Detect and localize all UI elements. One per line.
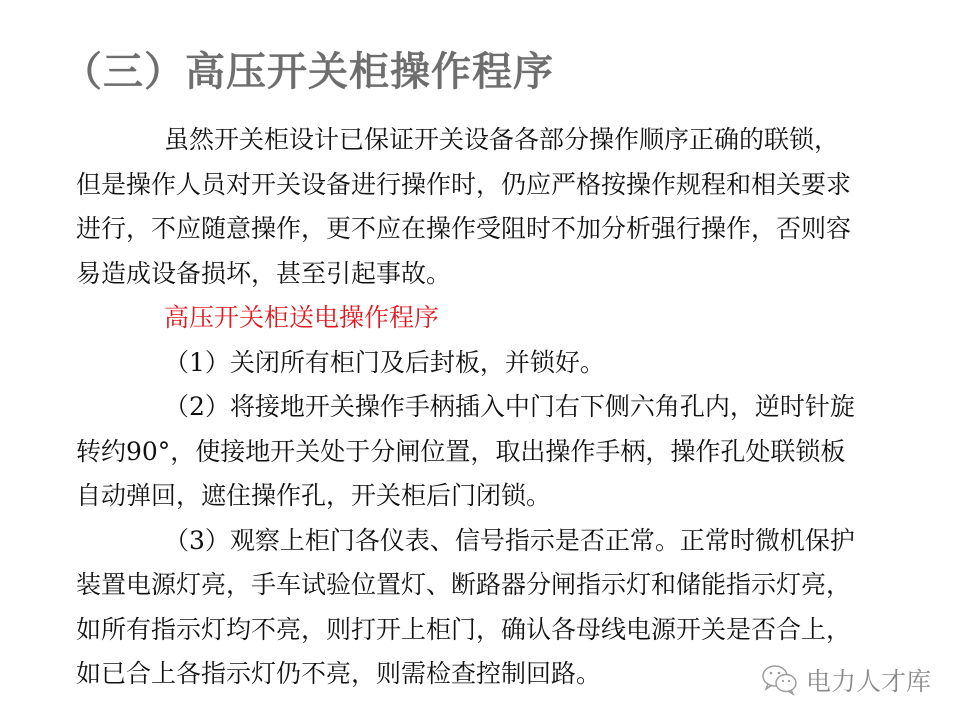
watermark: 电力人才库 xyxy=(760,662,931,698)
step-1: （1）关闭所有柜门及后封板，并锁好。 xyxy=(76,341,916,386)
step-line: 转约90°，使接地开关处于分闸位置，取出操作手柄，操作孔处联锁板 xyxy=(76,430,916,475)
intro-line: 进行，不应随意操作，更不应在操作受阻时不加分析强行操作，否则容 xyxy=(76,207,916,252)
step-2: （2）将接地开关操作手柄插入中门右下侧六角孔内，逆时针旋 转约90°，使接地开关… xyxy=(76,385,916,519)
wechat-icon xyxy=(760,663,800,697)
step-line: （1）关闭所有柜门及后封板，并锁好。 xyxy=(76,341,916,386)
subheading: 高压开关柜送电操作程序 xyxy=(76,296,916,341)
step-line: （2）将接地开关操作手柄插入中门右下侧六角孔内，逆时针旋 xyxy=(76,385,916,430)
step-line: （3）观察上柜门各仪表、信号指示是否正常。正常时微机保护 xyxy=(76,519,916,564)
intro-line: 易造成设备损坏，甚至引起事故。 xyxy=(76,252,916,297)
intro-line: 虽然开关柜设计已保证开关设备各部分操作顺序正确的联锁， xyxy=(76,118,916,163)
intro-line: 但是操作人员对开关设备进行操作时，仍应严格按操作规程和相关要求 xyxy=(76,163,916,208)
slide-body: 虽然开关柜设计已保证开关设备各部分操作顺序正确的联锁， 但是操作人员对开关设备进… xyxy=(76,118,916,697)
step-line: 装置电源灯亮，手车试验位置灯、断路器分闸指示灯和储能指示灯亮， xyxy=(76,563,916,608)
step-line: 自动弹回，遮住操作孔，开关柜后门闭锁。 xyxy=(76,474,916,519)
slide-title: （三）高压开关柜操作程序 xyxy=(62,40,554,97)
step-line: 如所有指示灯均不亮，则打开上柜门，确认各母线电源开关是否合上， xyxy=(76,608,916,653)
intro-paragraph: 虽然开关柜设计已保证开关设备各部分操作顺序正确的联锁， 但是操作人员对开关设备进… xyxy=(76,118,916,296)
watermark-text: 电力人才库 xyxy=(806,662,931,698)
